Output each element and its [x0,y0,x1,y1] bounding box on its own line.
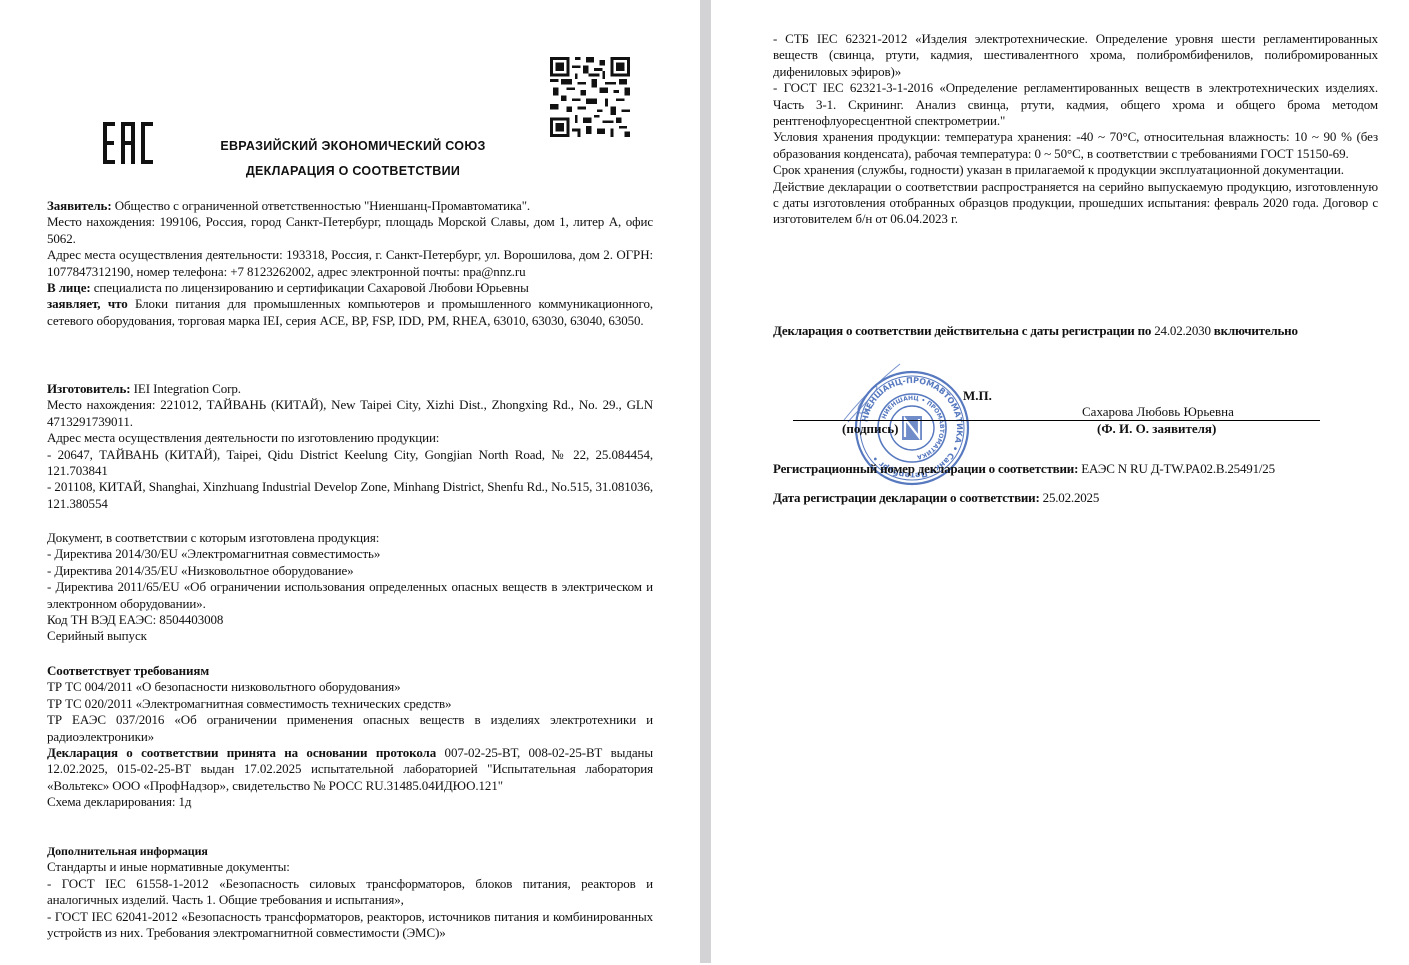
requirement-item: ТР ТС 020/2011 «Электромагнитная совмест… [47,696,653,712]
additional-info-title: Дополнительная информация [47,844,208,858]
registration-date-label: Дата регистрации декларации о соответств… [773,490,1040,505]
validity-date: 24.02.2030 [1151,323,1214,338]
eac-logo-icon [103,122,153,164]
standard-item: - ГОСТ IEC 62041-2012 «Безопасность тран… [47,909,653,942]
requirement-item: ТР ТС 004/2011 «О безопасности низковоль… [47,679,653,695]
standard-item: - ГОСТ IEC 62321-3-1-2016 «Определение р… [773,80,1378,129]
applicant-name: Общество с ограниченной ответственностью… [112,198,531,213]
documents-section: Документ, в соответствии с которым изгот… [47,530,653,645]
signature-label: (подпись) [842,421,898,437]
requirements-section: Соответствует требованиям ТР ТС 004/2011… [47,663,653,811]
requirements-title: Соответствует требованиям [47,663,209,678]
declaration-scope: Действие декларации о соответствии распр… [773,179,1378,228]
storage-conditions: Условия хранения продукции: температура … [773,129,1378,162]
page-divider [700,0,711,963]
registration-date: Дата регистрации декларации о соответств… [773,490,1099,506]
validity-label: Декларация о соответствии действительна … [773,323,1151,338]
person-label: В лице: [47,280,91,295]
production-address-label: Адрес места осуществления деятельности п… [47,430,653,446]
hs-code: Код ТН ВЭД ЕАЭС: 8504403008 [47,612,653,628]
person-text: специалиста по лицензированию и сертифик… [91,280,529,295]
additional-info-section: Дополнительная информация Стандарты и ин… [47,843,653,941]
standard-item: - ГОСТ IEC 61558-1-2012 «Безопасность си… [47,876,653,909]
signatory-name-label: (Ф. И. О. заявителя) [1097,421,1216,437]
applicant-section: Заявитель: Общество с ограниченной ответ… [47,198,653,329]
page-1: ЕВРАЗИЙСКИЙ ЭКОНОМИЧЕСКИЙ СОЮЗ ДЕКЛАРАЦИ… [47,0,653,965]
manufacturer-label: Изготовитель: [47,381,131,396]
union-title: ЕВРАЗИЙСКИЙ ЭКОНОМИЧЕСКИЙ СОЮЗ [153,139,553,153]
requirement-item: ТР ЕАЭС 037/2016 «Об ограничении примене… [47,712,653,745]
additional-info-continued: - СТБ IEC 62321-2012 «Изделия электротех… [773,31,1378,228]
product-description: Блоки питания для промышленных компьютер… [47,296,653,327]
standard-item: - СТБ IEC 62321-2012 «Изделия электротех… [773,31,1378,80]
standards-intro: Стандарты и иные нормативные документы: [47,859,653,875]
directive-item: - Директива 2011/65/EU «Об ограничении и… [47,579,653,612]
registration-number-label: Регистрационный номер декларации о соотв… [773,461,1078,476]
production-type: Серийный выпуск [47,628,653,644]
registration-number-value: ЕАЭС N RU Д-TW.PA02.B.25491/25 [1078,461,1275,476]
seal-label: М.П. [963,388,992,404]
production-site: - 201108, КИТАЙ, Shanghai, Xinzhuang Ind… [47,479,653,512]
manufacturer-location: Место нахождения: 221012, ТАЙВАНЬ (КИТАЙ… [47,397,653,430]
signatory-name: Сахарова Любовь Юрьевна [1082,404,1234,420]
directive-item: - Директива 2014/35/EU «Низковольтное об… [47,563,653,579]
declaration-scheme: Схема декларирования: 1д [47,794,653,810]
registration-number: Регистрационный номер декларации о соотв… [773,461,1275,477]
protocol-label: Декларация о соответствии принята на осн… [47,745,436,760]
qr-code-icon [550,57,630,137]
documents-intro: Документ, в соответствии с которым изгот… [47,530,653,546]
registration-date-value: 25.02.2025 [1040,490,1100,505]
validity-statement: Декларация о соответствии действительна … [773,323,1378,339]
document-title: ДЕКЛАРАЦИЯ О СООТВЕТСТВИИ [153,164,553,178]
manufacturer-name: IEI Integration Corp. [131,381,241,396]
applicant-label: Заявитель: [47,198,112,213]
declares-label: заявляет, что [47,296,128,311]
shelf-life: Срок хранения (службы, годности) указан … [773,162,1378,178]
manufacturer-section: Изготовитель: IEI Integration Corp. Мест… [47,381,653,512]
validity-suffix: включительно [1214,323,1298,338]
applicant-location: Место нахождения: 199106, Россия, город … [47,214,653,247]
production-site: - 20647, ТАЙВАНЬ (КИТАЙ), Taipei, Qidu D… [47,447,653,480]
directive-item: - Директива 2014/30/EU «Электромагнитная… [47,546,653,562]
applicant-activity-address: Адрес места осуществления деятельности: … [47,247,653,280]
